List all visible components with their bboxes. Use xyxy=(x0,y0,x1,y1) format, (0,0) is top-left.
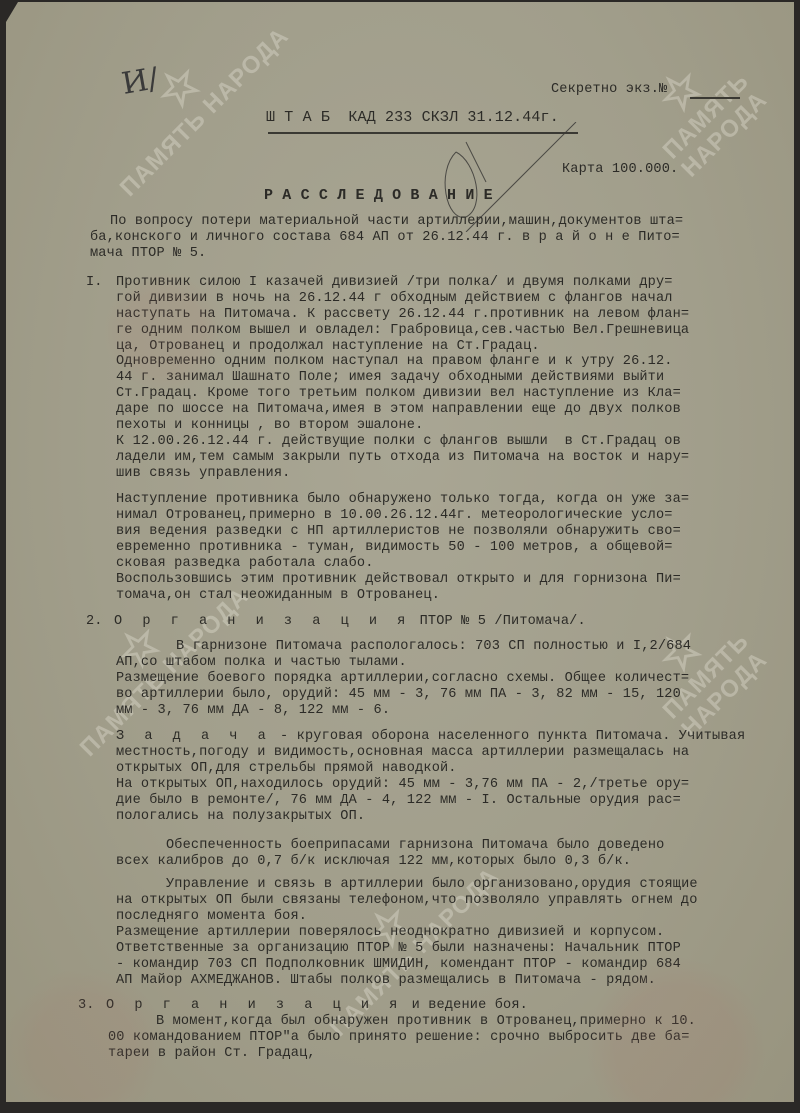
section-number: 3. xyxy=(78,998,95,1013)
body-line: ладели им,тем самым закрыли путь отхода … xyxy=(116,450,689,465)
body-line: мм - 3, 76 мм ДА - 8, 122 мм - 6. xyxy=(116,703,390,718)
watermark: ☆ПАМЯТЬ НАРОДА xyxy=(600,10,800,211)
body-line: наступать на Питомача. К рассвету 26.12.… xyxy=(116,307,689,322)
body-line: ца, Отрованец и продолжал наступление на… xyxy=(116,339,540,354)
body-line: пологались на полузакрытых ОП. xyxy=(116,809,365,824)
body-line: 00 командованием ПТОР"а было принято реш… xyxy=(108,1030,690,1045)
secrecy-label: Секретно экз.№ xyxy=(551,82,667,97)
intro-line: ба,конского и личного состава 684 АП от … xyxy=(90,230,680,245)
body-line: евременно противника - туман, видимость … xyxy=(116,540,673,555)
body-line: пехоты и конницы , во втором эшалоне. xyxy=(116,418,423,433)
body-line: В момент,когда был обнаружен противник в… xyxy=(156,1014,696,1029)
body-line: Одновременно одним полком наступал на пр… xyxy=(116,354,673,369)
body-line: последняго момента боя. xyxy=(116,909,307,924)
section-heading: О р г а н и з а ц и я ПТОР № 5 /Питомача… xyxy=(114,614,586,629)
body-line: даре по шоссе на Питомача,имея в этом на… xyxy=(116,402,681,417)
star-icon: ☆ xyxy=(84,0,275,183)
body-line: Противник силою I казачей дивизией /три … xyxy=(116,275,673,290)
section-heading: О р г а н и з а ц и я и ведение боя. xyxy=(106,998,528,1013)
body-line: всех калибров до 0,7 б/к исключая 122 мм… xyxy=(116,854,631,869)
section-number: I. xyxy=(86,275,103,290)
body-line: открытых ОП,для стрельбы прямой наводкой… xyxy=(116,761,457,776)
copy-number-underline xyxy=(690,97,740,99)
body-line: шив связь управления. xyxy=(116,466,290,481)
body-line: местность,погоду и видимость,основная ма… xyxy=(116,745,689,760)
body-line: На открытых ОП,находилось орудий: 45 мм … xyxy=(116,777,689,792)
body-line: тареи в район Ст. Градац, xyxy=(108,1046,316,1061)
body-line: З а д а ч а - круговая оборона населенно… xyxy=(116,729,745,744)
body-line: томача,он стал неожиданным в Отрованец. xyxy=(116,588,440,603)
body-line: дие было в ремонте/, 76 мм ДА - 4, 122 м… xyxy=(116,793,681,808)
section-number: 2. xyxy=(86,614,103,629)
body-line: нимал Отрованец,примерно в 10.00.26.12.4… xyxy=(116,508,673,523)
body-line: АП Майор АХМЕДЖАНОВ. Штабы полков размещ… xyxy=(116,973,656,988)
body-line: Размещение артиллерии поверялось неоднок… xyxy=(116,925,664,940)
body-line: АП,со штабом полка и частью тылами. xyxy=(116,655,407,670)
body-line: К 12.00.26.12.44 г. действущие полки с ф… xyxy=(116,434,681,449)
body-line: В гарнизоне Питомача распологалось: 703 … xyxy=(176,639,691,654)
body-line: Наступление противника было обнаружено т… xyxy=(116,492,689,507)
header-title: Ш Т А Б КАД 233 СКЗЛ 31.12.44г. xyxy=(266,110,559,125)
intro-line: По вопросу потери материальной части арт… xyxy=(110,214,683,229)
body-line: гой дивизии в ночь на 26.12.44 г обходны… xyxy=(116,291,673,306)
handwritten-mark: И/ xyxy=(119,61,161,102)
body-line: Управление и связь в артиллерии было орг… xyxy=(166,877,698,892)
document-title: Р А С С Л Е Д О В А Н И Е xyxy=(264,188,493,203)
body-line: Обеспеченность боеприпасами гарнизона Пи… xyxy=(166,838,664,853)
body-line: ге одним полком вышел и овладел: Грабров… xyxy=(116,323,689,338)
body-line: во артиллерии было, орудий: 45 мм - 3, 7… xyxy=(116,687,681,702)
document-page: ☆ПАМЯТЬ НАРОДА ☆ПАМЯТЬ НАРОДА ☆ПАМЯТЬ НА… xyxy=(6,2,794,1102)
map-scale: Карта 100.000. xyxy=(562,162,678,177)
body-line: вия ведения разведки с НП артиллеристов … xyxy=(116,524,681,539)
body-line: - командир 703 СП Подполковник ШМИДИН, к… xyxy=(116,957,681,972)
body-line: 44 г. занимал Шашнато Поле; имея задачу … xyxy=(116,370,664,385)
body-line: Ст.Градац. Кроме того третьим полком див… xyxy=(116,386,681,401)
intro-line: мача ПТОР № 5. xyxy=(90,246,206,261)
body-line: сковая разведка работала слабо. xyxy=(116,556,374,571)
watermark: ☆ПАМЯТЬ НАРОДА xyxy=(84,0,294,202)
header-underline xyxy=(268,132,578,134)
body-line: на открытых ОП были связаны телефоном,чт… xyxy=(116,893,698,908)
body-line: Размещение боевого порядка артиллерии,со… xyxy=(116,671,689,686)
body-line: Ответственные за организацию ПТОР № 5 бы… xyxy=(116,941,681,956)
body-line: Воспользовшись этим противник действовал… xyxy=(116,572,681,587)
